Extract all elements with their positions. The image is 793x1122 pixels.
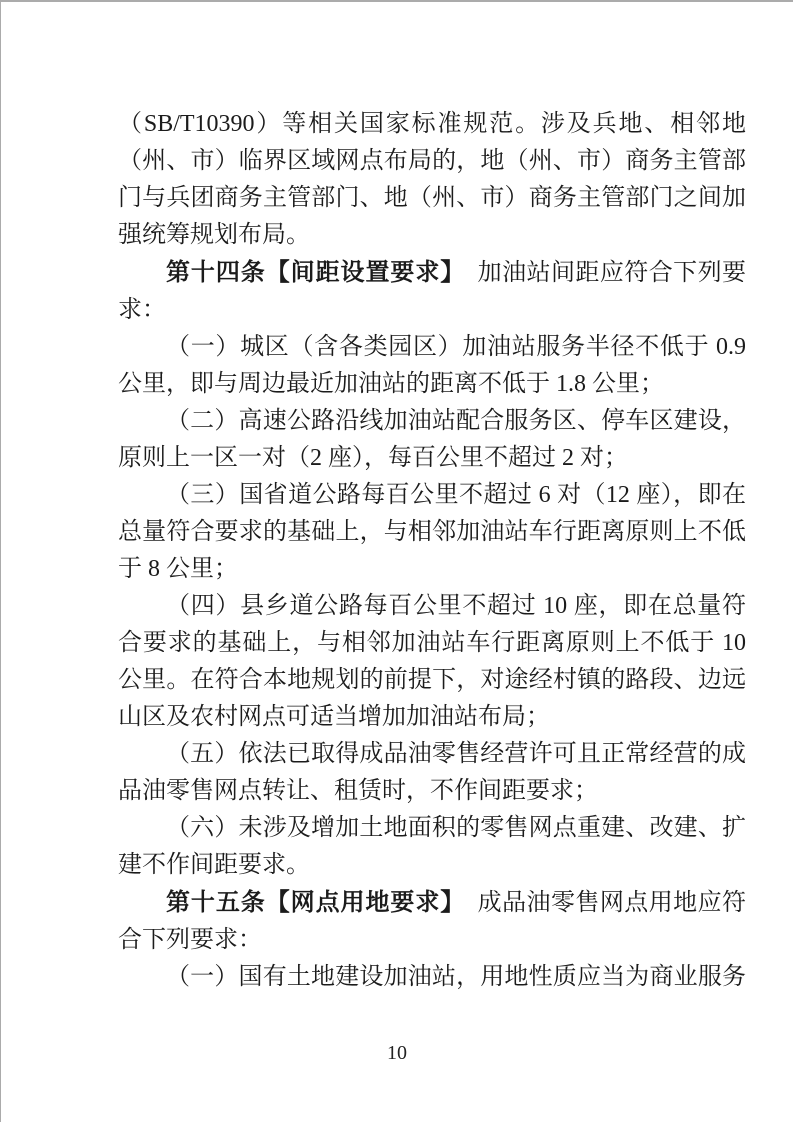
paragraph: （三）国省道公路每百公里不超过 6 对（12 座），即在总量符合要求的基础上，与… bbox=[118, 477, 746, 588]
paragraph: （一）国有土地建设加油站，用地性质应当为商业服务 bbox=[118, 959, 746, 996]
paragraph: （一）城区（含各类园区）加油站服务半径不低于 0.9 公里，即与周边最近加油站的… bbox=[118, 329, 746, 403]
paragraph: 第十四条【间距设置要求】 加油站间距应符合下列要求： bbox=[118, 254, 746, 329]
article-heading: 第十四条【间距设置要求】 bbox=[166, 259, 453, 286]
paragraph: （二）高速公路沿线加油站配合服务区、停车区建设，原则上一区一对（2 座），每百公… bbox=[118, 403, 746, 477]
paragraph: 第十五条【网点用地要求】 成品油零售网点用地应符合下列要求： bbox=[118, 884, 746, 959]
paragraph: （SB/T10390）等相关国家标准规范。涉及兵地、相邻地（州、市）临界区域网点… bbox=[118, 106, 746, 254]
paragraph: （六）未涉及增加土地面积的零售网点重建、改建、扩建不作间距要求。 bbox=[118, 810, 746, 884]
paragraph: （四）县乡道公路每百公里不超过 10 座，即在总量符合要求的基础上，与相邻加油站… bbox=[118, 588, 746, 736]
page-number: 10 bbox=[1, 1040, 793, 1066]
article-heading: 第十五条【网点用地要求】 bbox=[166, 889, 453, 916]
document-body: （SB/T10390）等相关国家标准规范。涉及兵地、相邻地（州、市）临界区域网点… bbox=[118, 106, 746, 996]
paragraph: （五）依法已取得成品油零售经营许可且正常经营的成品油零售网点转让、租赁时，不作间… bbox=[118, 736, 746, 810]
document-page: （SB/T10390）等相关国家标准规范。涉及兵地、相邻地（州、市）临界区域网点… bbox=[0, 0, 793, 1122]
